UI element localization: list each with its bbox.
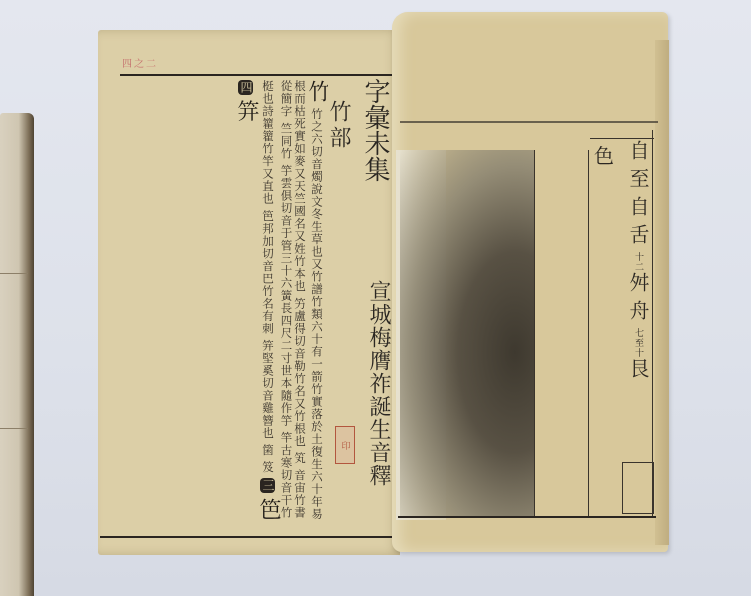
- column-rule: [590, 138, 654, 139]
- dictionary-body-text: 竹 竹之六切音燭說文冬生草也又竹譜竹類六十有一箭竹實落於土復生六十年易根而枯死實…: [118, 80, 328, 530]
- index-entry: 舛: [626, 272, 650, 300]
- radical-index-column: 自至自舌十二舛舟七至十艮: [622, 140, 652, 386]
- number-marker: 三: [260, 478, 276, 493]
- print-frame-bottom: [398, 516, 656, 518]
- page-stack-edge: [655, 40, 669, 545]
- print-frame-bottom: [100, 536, 400, 538]
- index-entry: 至: [626, 168, 650, 196]
- print-frame-top: [400, 121, 658, 123]
- empty-index-box: [622, 462, 654, 514]
- number-marker: 四: [238, 80, 254, 95]
- headword: 笆: [256, 498, 281, 521]
- red-seal-stamp: 印: [335, 426, 355, 464]
- column-rule: [652, 130, 653, 516]
- stitch-line: [0, 428, 28, 429]
- stitch-line: [0, 273, 28, 274]
- index-entry: 舟: [626, 300, 650, 328]
- ink-offset-stain: [400, 150, 535, 518]
- entry-text: 竹之六切音燭說文冬生草也又竹譜竹類六十有一箭竹實落於土復生六十年易根而枯死實如麥…: [261, 80, 324, 520]
- print-frame-top: [120, 74, 392, 76]
- red-annotation: 四之二: [122, 55, 158, 70]
- radical-heading: 竹部: [326, 100, 354, 152]
- author-line: 宣城梅膺祚誕生音釋: [362, 280, 392, 487]
- index-entry: 艮: [626, 358, 650, 386]
- side-character: 色: [594, 140, 614, 169]
- headword: 笄: [234, 100, 259, 123]
- index-entry: 舌: [626, 224, 650, 252]
- column-rule: [534, 150, 535, 516]
- index-entry: 自: [626, 196, 650, 224]
- adjacent-book-spine: [0, 113, 34, 596]
- index-note: 七至十: [633, 328, 643, 358]
- headword: 竹: [305, 80, 328, 103]
- book-title: 字彙未集: [360, 78, 390, 182]
- column-rule: [588, 150, 589, 516]
- index-entry: 自: [626, 140, 650, 168]
- index-note: 十二: [633, 252, 643, 272]
